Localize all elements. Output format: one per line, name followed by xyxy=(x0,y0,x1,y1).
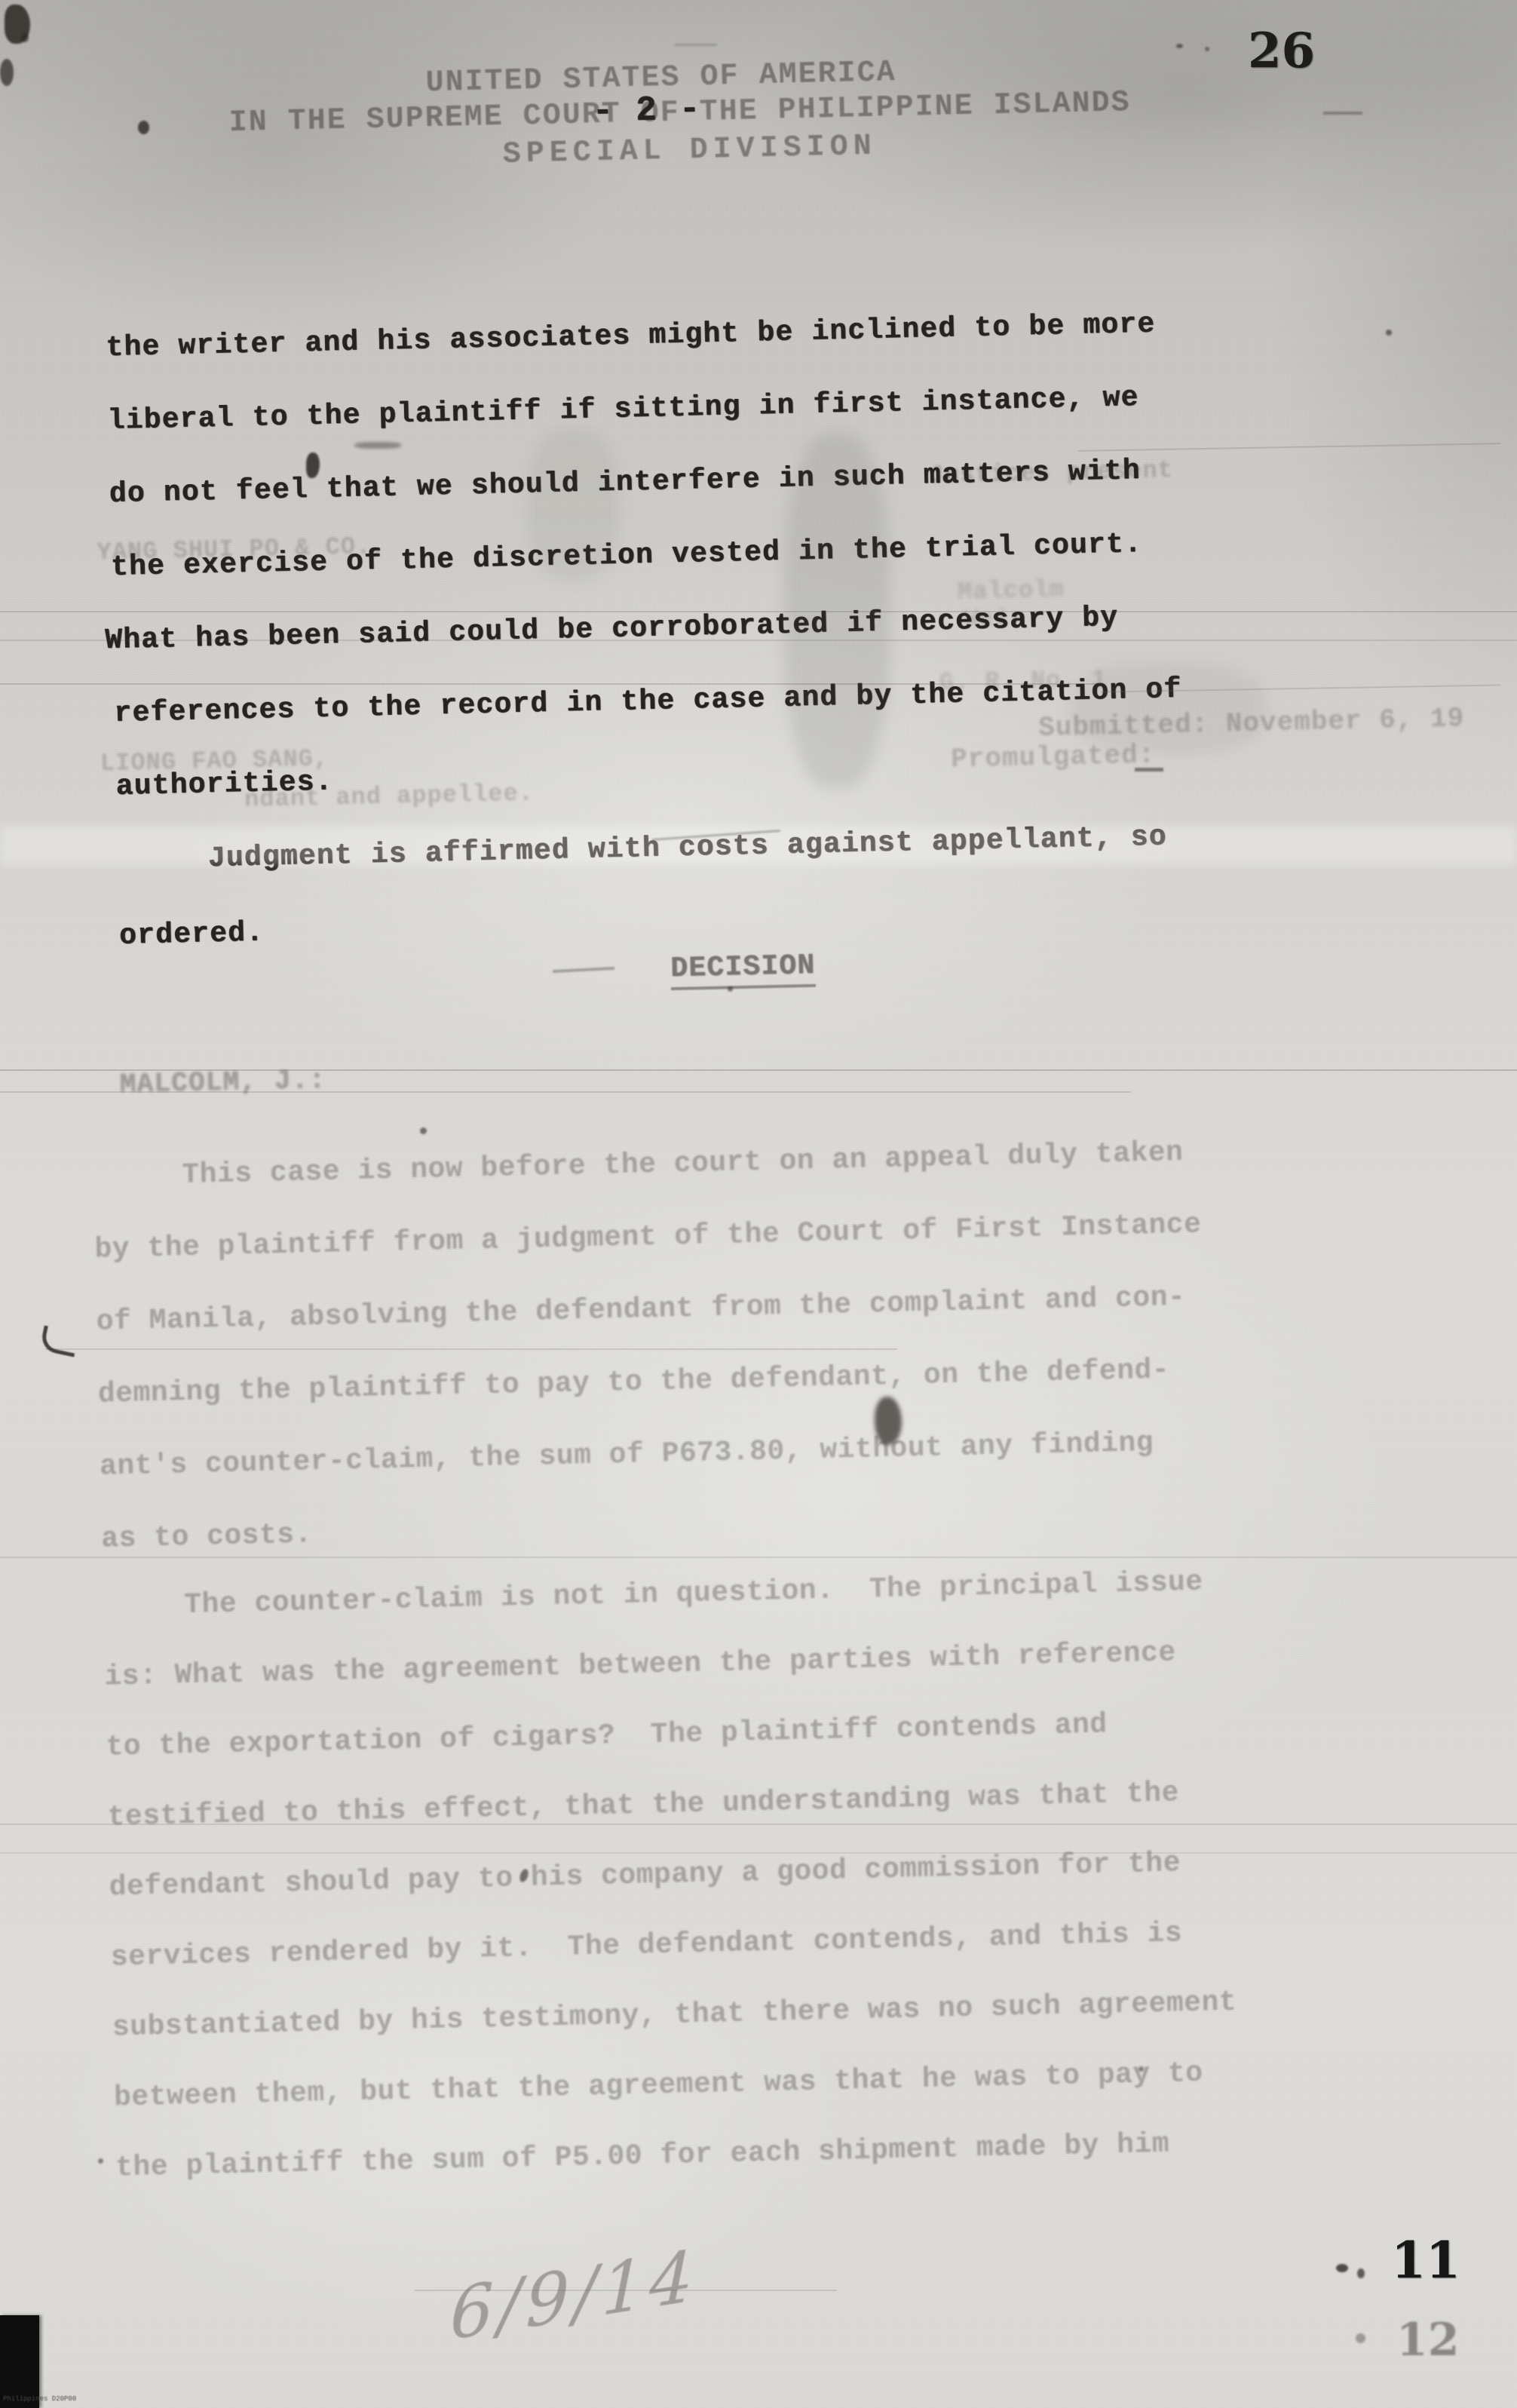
ink-speck xyxy=(1336,2264,1348,2272)
page-marker: - 2 - xyxy=(592,90,701,131)
ink-speck xyxy=(1386,330,1392,336)
ink-speck xyxy=(1139,2066,1144,2072)
scanned-court-document-page: { "stamps": { "page_stamp_top": "26", "p… xyxy=(0,0,1517,2408)
opinion-paragraph: the writer and his associates might be i… xyxy=(106,308,1184,844)
opinion-paragraph-faded: The counter-claim is not in question. Th… xyxy=(103,1566,1241,2222)
opinion-paragraph-faded: This case is now before the court on an … xyxy=(93,1136,1209,1595)
ink-speck xyxy=(98,2158,103,2164)
opinion-author: MALCOLM, J.: xyxy=(119,1065,326,1100)
ink-speck xyxy=(728,986,733,992)
opinion-paragraph: Judgment is affirmed with costs against … xyxy=(117,821,1169,993)
ink-speck xyxy=(138,121,149,134)
ink-speck xyxy=(354,442,401,449)
ink-speck xyxy=(1356,2333,1365,2343)
sheet-number-faded: 12 xyxy=(1396,2314,1460,2367)
footer-microtext: Philippines D20P00 xyxy=(3,2395,76,2403)
ink-speck xyxy=(420,1127,427,1134)
ink-speck xyxy=(1205,47,1209,51)
header-division: SPECIAL DIVISION xyxy=(502,130,877,172)
ink-speck xyxy=(1357,2268,1365,2278)
ink-stain xyxy=(0,59,14,86)
scan-edge-strip xyxy=(0,2315,39,2408)
bleed-smudge xyxy=(1071,664,1267,754)
page-number-stamp: 26 xyxy=(1248,23,1315,79)
typed-content-layer: UNITED STATES OF AMERICA IN THE SUPREME … xyxy=(0,0,1517,2407)
sheet-number: 11 xyxy=(1391,2231,1460,2290)
decision-heading: DECISION xyxy=(670,949,816,990)
ink-stain xyxy=(21,33,29,42)
ink-speck xyxy=(875,1397,902,1445)
ink-speck xyxy=(1176,44,1183,48)
bleed-smudge xyxy=(784,434,890,788)
bleed-smudge xyxy=(528,430,618,581)
